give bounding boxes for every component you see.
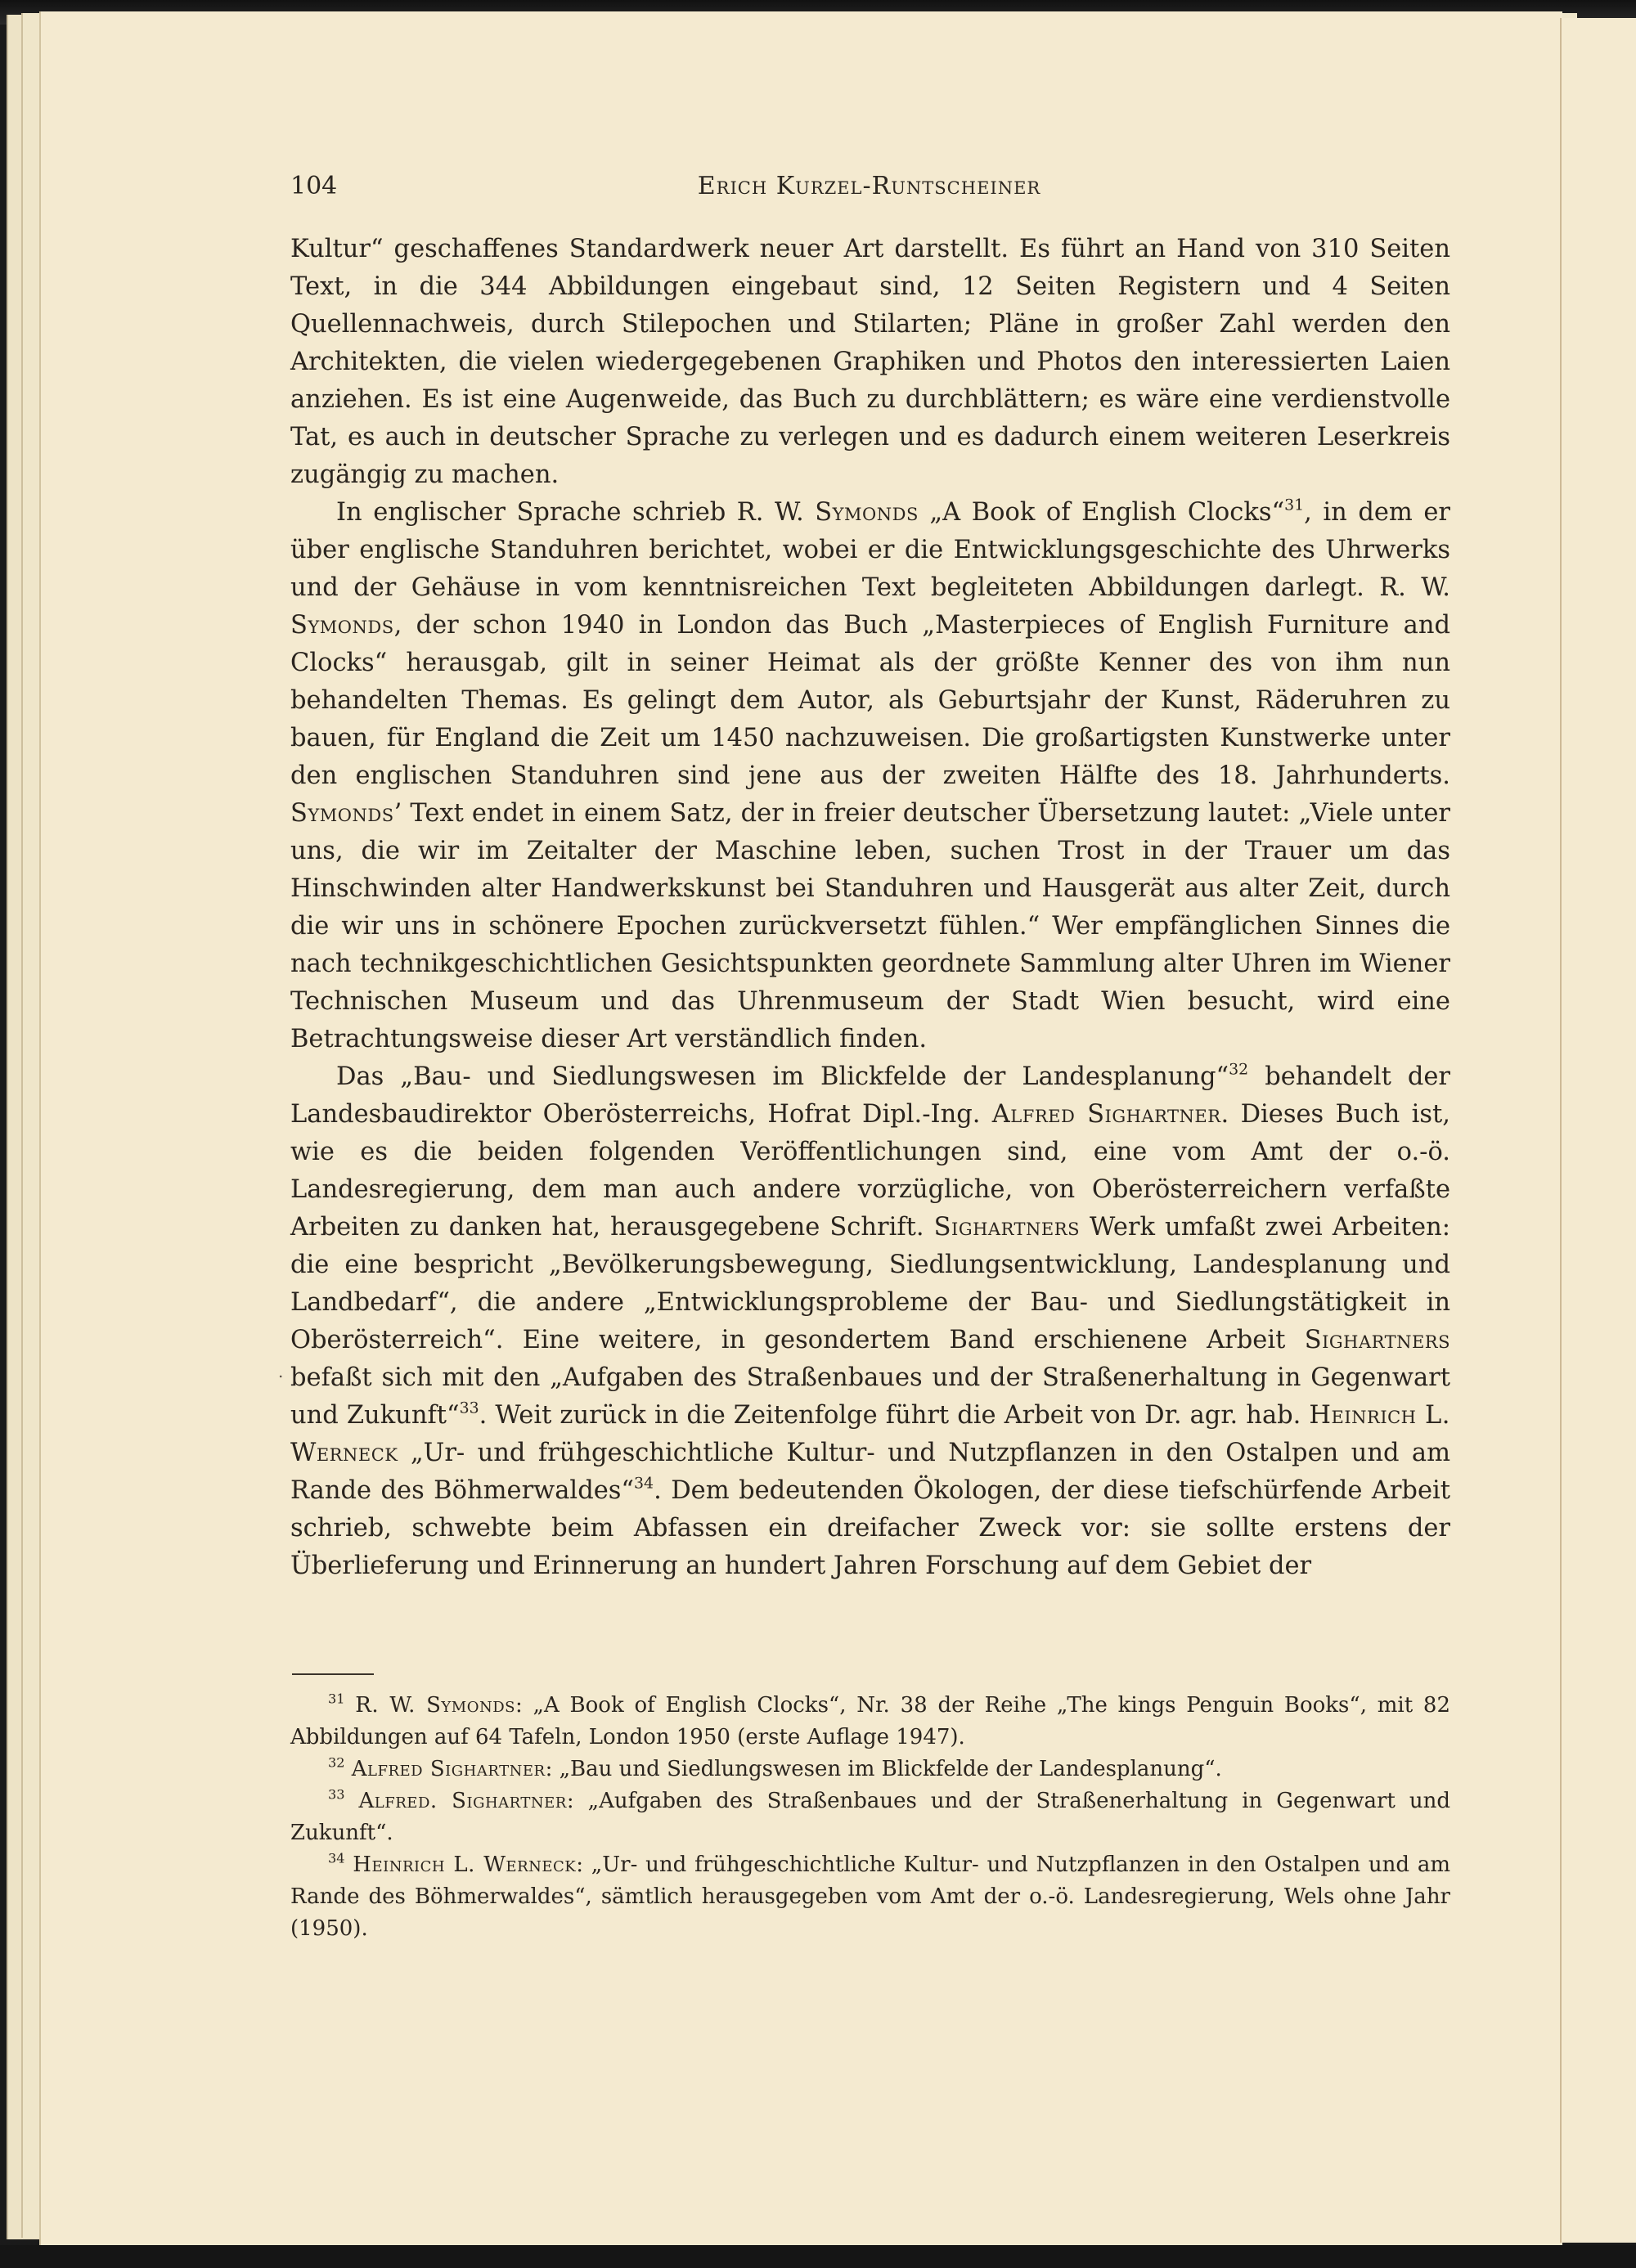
page-header: 104 Erich Kurzel-Runtscheiner — [290, 172, 1448, 204]
text-run: ’ Text endet in einem Satz, der in freie… — [290, 799, 1450, 1053]
author-name: Sighartners — [934, 1213, 1080, 1242]
author-name: Symonds — [290, 611, 394, 640]
footnote-number: 34 — [328, 1851, 345, 1866]
paragraph: Das „Bau- und Siedlungswesen im Blickfel… — [290, 1058, 1450, 1585]
footnote-divider — [292, 1673, 374, 1675]
text-run: . Weit zurück in die Zeitenfolge führt d… — [479, 1401, 1310, 1430]
author-name: Symonds — [290, 799, 394, 828]
footnote: 34 Heinrich L. Werneck: „Ur- und frühges… — [290, 1849, 1450, 1945]
text-run: , der schon 1940 in London das Buch „Mas… — [290, 611, 1450, 790]
footnote-ref[interactable]: 32 — [1229, 1061, 1248, 1079]
footnote-text: : „Bau und Siedlungswesen im Blickfelde … — [546, 1757, 1222, 1781]
footnote-author: R. W. Symonds — [355, 1693, 515, 1718]
paragraph-text: Kultur“ geschaffenes Standardwerk neuer … — [290, 235, 1450, 489]
footnote: 33 Alfred. Sighartner: „Aufgaben des Str… — [290, 1785, 1450, 1849]
scan-speck: . — [278, 1362, 283, 1381]
footnote-author: Alfred. Sighartner — [359, 1789, 567, 1813]
footnote-ref[interactable]: 34 — [634, 1475, 654, 1493]
footnote-number: 31 — [328, 1691, 345, 1707]
author-name: Symonds — [815, 498, 919, 527]
text-run: „A Book of English Clocks“ — [919, 498, 1284, 527]
paragraph: In englischer Sprache schrieb R. W. Symo… — [290, 494, 1450, 1058]
footnote-number: 33 — [328, 1787, 345, 1803]
body-text: Kultur“ geschaffenes Standardwerk neuer … — [290, 231, 1450, 1585]
running-head: Erich Kurzel-Runtscheiner — [290, 172, 1448, 200]
footnote: 31 R. W. Symonds: „A Book of English Clo… — [290, 1690, 1450, 1754]
facing-page-edge — [1560, 18, 1636, 2243]
paragraph: Kultur“ geschaffenes Standardwerk neuer … — [290, 231, 1450, 494]
footnote-author: Heinrich L. Werneck — [353, 1853, 576, 1877]
scan-background-bottom — [0, 2245, 1636, 2268]
text-run: In englischer Sprache schrieb R. W. — [336, 498, 815, 527]
footnote-ref[interactable]: 33 — [460, 1399, 479, 1417]
footnotes: 31 R. W. Symonds: „A Book of English Clo… — [290, 1690, 1450, 1945]
footnote-number: 32 — [328, 1755, 345, 1771]
footnote: 32 Alfred Sighartner: „Bau und Siedlungs… — [290, 1754, 1450, 1785]
footnote-ref[interactable]: 31 — [1284, 496, 1304, 514]
text-run: Das „Bau- und Siedlungswesen im Blickfel… — [336, 1062, 1229, 1091]
author-name: Alfred Sighartner — [992, 1100, 1221, 1129]
footnote-author: Alfred Sighartner — [352, 1757, 546, 1781]
author-name: Sighartners — [1305, 1326, 1450, 1354]
